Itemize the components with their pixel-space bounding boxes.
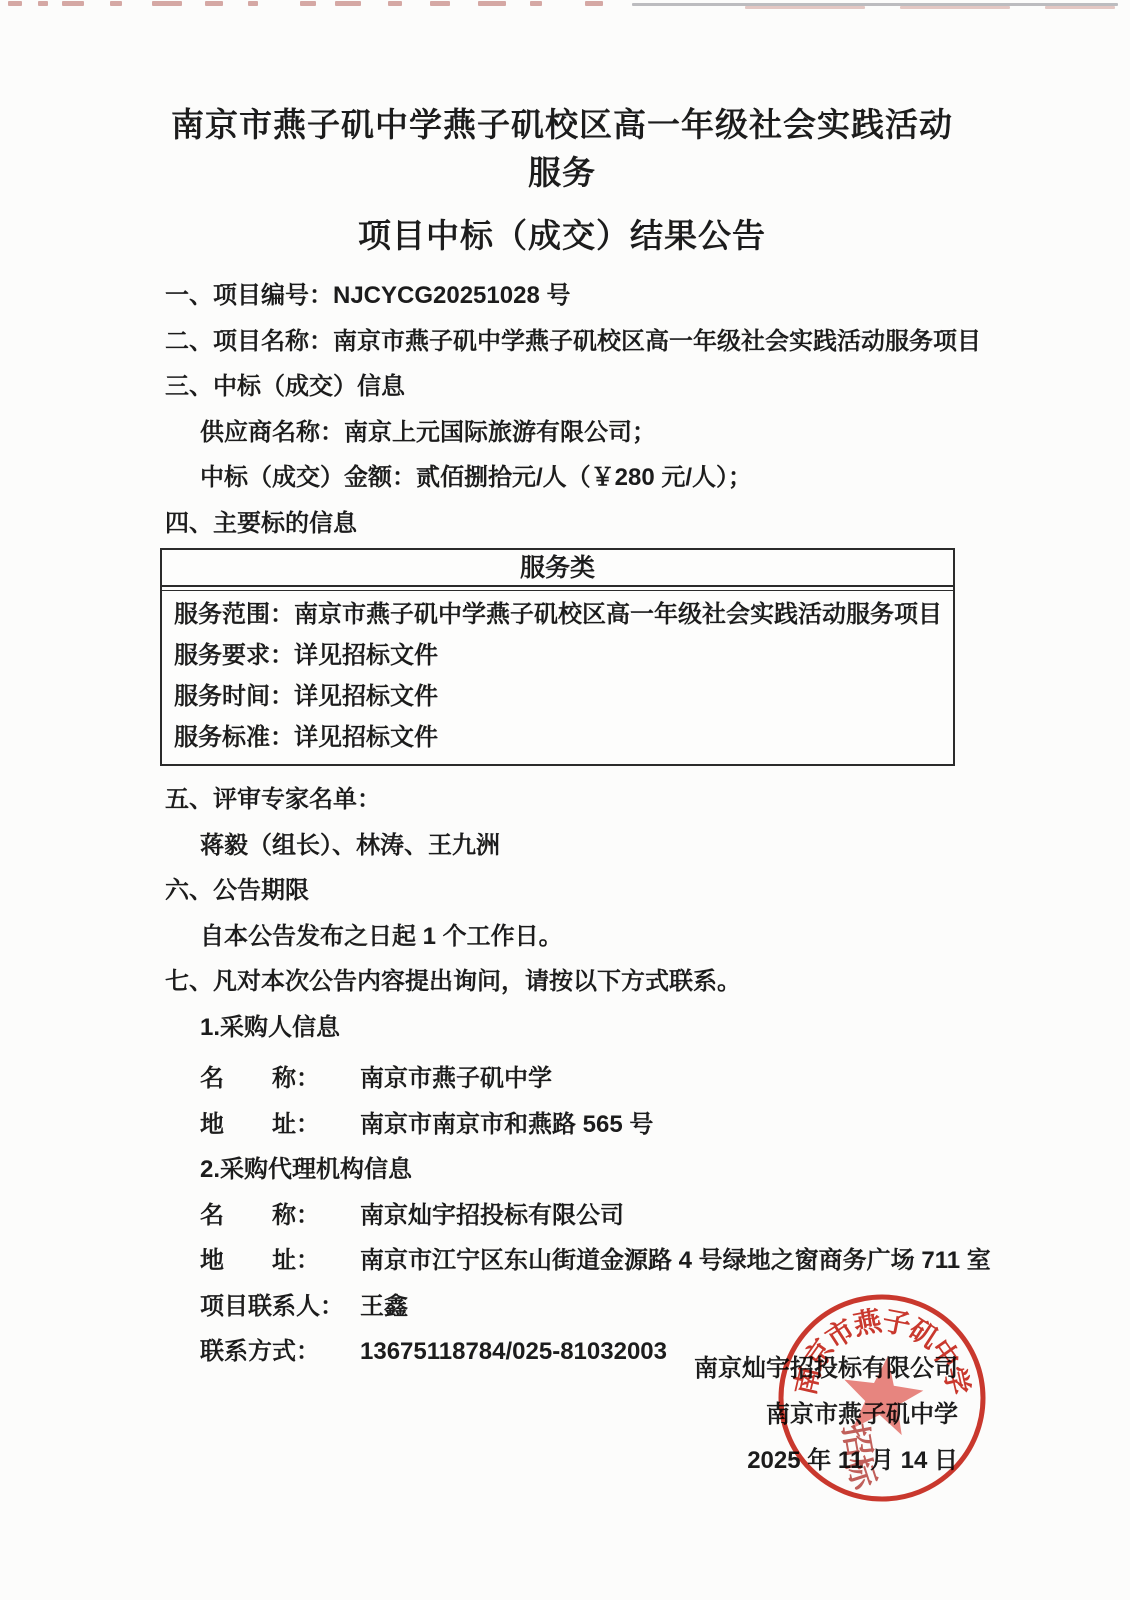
scan-artifact [8, 1, 22, 6]
scan-artifact [1045, 6, 1115, 9]
service-table-body: 服务范围：南京市燕子矶中学燕子矶校区高一年级社会实践活动服务项目 服务要求：详见… [162, 591, 953, 764]
table-row: 服务要求：详见招标文件 [162, 635, 953, 676]
document-title-line2: 项目中标（成交）结果公告 [165, 212, 959, 260]
seal-arc-char: 学 [938, 1364, 975, 1398]
item-award-amount: 中标（成交）金额：贰佰捌拾元/人（￥280 元/人）； [165, 455, 959, 501]
scan-artifact [62, 1, 84, 6]
item-subject-heading: 四、主要标的信息 [165, 501, 959, 547]
item-award-info-heading: 三、中标（成交）信息 [165, 364, 959, 410]
table-row: 服务标准：详见招标文件 [162, 717, 953, 758]
field-label: 地 址： [200, 1238, 350, 1284]
service-table: 服务类 服务范围：南京市燕子矶中学燕子矶校区高一年级社会实践活动服务项目 服务要… [160, 548, 955, 766]
agency-name-row: 名 称： 南京灿宇招投标有限公司 [165, 1193, 959, 1239]
document-title-line1: 南京市燕子矶中学燕子矶校区高一年级社会实践活动服务 [165, 101, 959, 197]
item-project-name: 二、项目名称：南京市燕子矶中学燕子矶校区高一年级社会实践活动服务项目 [165, 319, 959, 365]
item-supplier-name: 供应商名称：南京上元国际旅游有限公司； [165, 410, 959, 456]
purchaser-info-heading: 1.采购人信息 [165, 1005, 959, 1051]
field-label: 地 址： [200, 1102, 350, 1148]
field-label: 联系方式： [200, 1329, 350, 1375]
item-period-heading: 六、公告期限 [165, 868, 959, 914]
purchaser-address-row: 地 址： 南京市南京市和燕路 565 号 [165, 1102, 959, 1148]
scan-artifact [38, 1, 48, 6]
document-page: 南京市燕子矶中学燕子矶校区高一年级社会实践活动服务 项目中标（成交）结果公告 一… [165, 0, 959, 1375]
item-experts-heading: 五、评审专家名单： [165, 777, 959, 823]
item-inquiry-heading: 七、凡对本次公告内容提出询问，请按以下方式联系。 [165, 959, 959, 1005]
item-experts-list: 蒋毅（组长）、林涛、王九洲 [165, 823, 959, 869]
scan-artifact [110, 1, 122, 6]
field-value: 南京灿宇招投标有限公司 [360, 1193, 624, 1239]
official-seal-stamp: 南 京 市 燕 子 矶 中 学 招 标 [758, 1274, 1006, 1522]
field-value: 13675118784/025-81032003 [360, 1329, 667, 1375]
table-row: 服务范围：南京市燕子矶中学燕子矶校区高一年级社会实践活动服务项目 [162, 594, 953, 635]
agency-info-heading: 2.采购代理机构信息 [165, 1147, 959, 1193]
field-value: 南京市燕子矶中学 [360, 1056, 552, 1102]
field-label: 名 称： [200, 1193, 350, 1239]
field-value: 王鑫 [360, 1284, 408, 1330]
field-label: 名 称： [200, 1056, 350, 1102]
service-table-header: 服务类 [162, 550, 953, 587]
purchaser-name-row: 名 称： 南京市燕子矶中学 [165, 1056, 959, 1102]
field-value: 南京市南京市和燕路 565 号 [360, 1102, 653, 1148]
item-project-number: 一、项目编号：NJCYCG20251028 号 [165, 273, 959, 319]
field-label: 项目联系人： [200, 1284, 350, 1330]
table-row: 服务时间：详见招标文件 [162, 676, 953, 717]
item-period-body: 自本公告发布之日起 1 个工作日。 [165, 914, 959, 960]
